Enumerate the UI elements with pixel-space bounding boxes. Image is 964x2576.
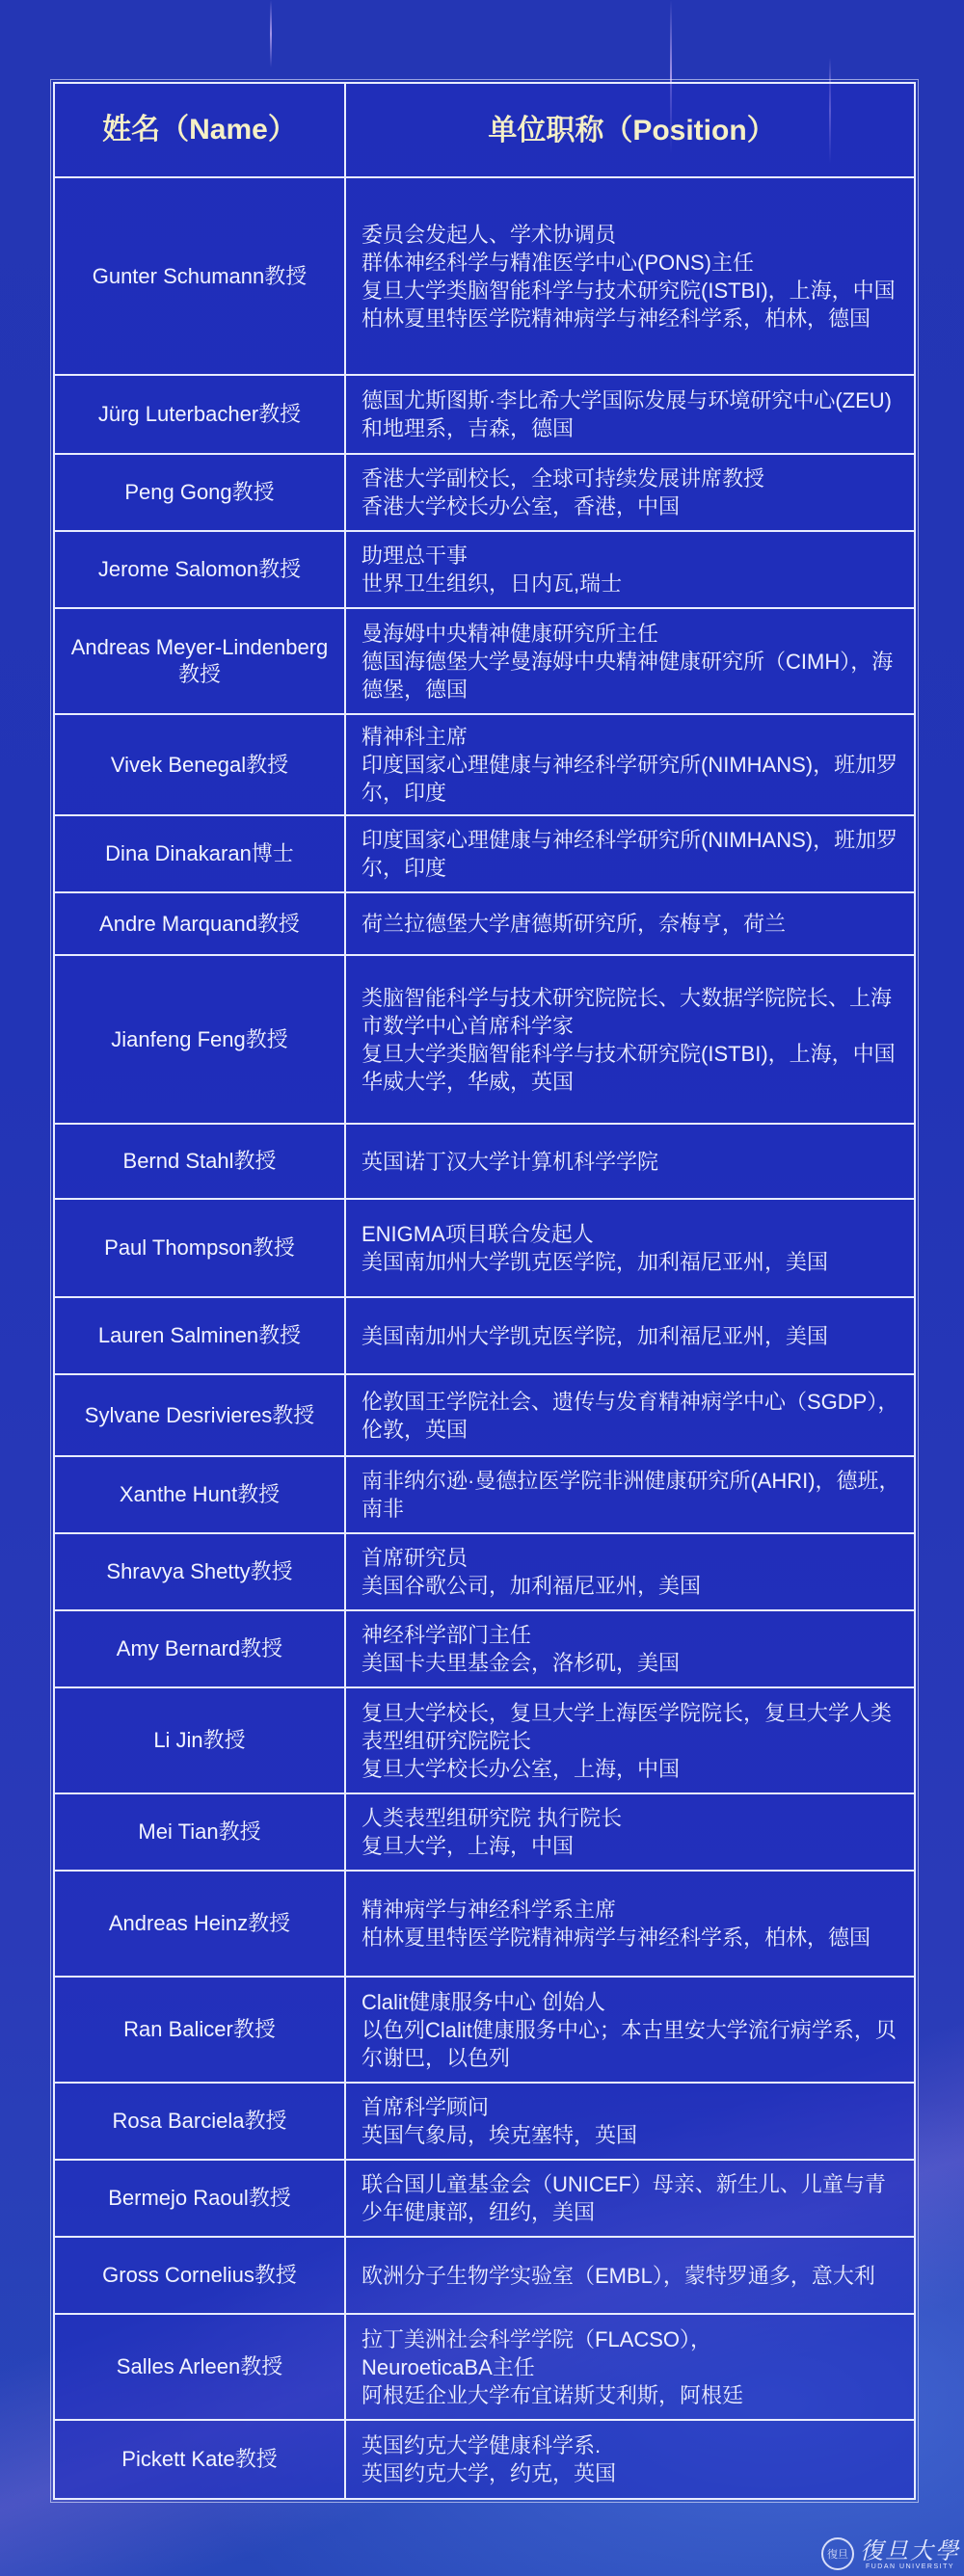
speaker-name: Andre Marquand教授 xyxy=(55,893,346,954)
speaker-name: Jerome Salomon教授 xyxy=(55,532,346,607)
table-row: Pickett Kate教授英国约克大学健康科学系.英国约克大学，约克，英国 xyxy=(55,2421,914,2498)
speaker-position: 精神病学与神经科学系主席柏林夏里特医学院精神病学与神经科学系，柏林，德国 xyxy=(346,1872,914,1976)
decorative-glow-line xyxy=(270,0,272,67)
position-line: 群体神经科学与精准医学中心(PONS)主任 xyxy=(361,249,902,277)
table-row: Shravya Shetty教授首席研究员美国谷歌公司，加利福尼亚州，美国 xyxy=(55,1534,914,1611)
position-line: 世界卫生组织，日内瓦,瑞士 xyxy=(361,570,902,598)
position-line: 首席科学顾问 xyxy=(361,2093,902,2121)
table-row: Jerome Salomon教授助理总干事世界卫生组织，日内瓦,瑞士 xyxy=(55,532,914,609)
logo-text: 復旦大學 FUDAN UNIVERSITY xyxy=(860,2538,960,2570)
position-line: 美国谷歌公司，加利福尼亚州，美国 xyxy=(361,1572,902,1600)
speaker-name: Sylvane Desrivieres教授 xyxy=(55,1375,346,1455)
position-line: 助理总干事 xyxy=(361,542,902,570)
position-line: 阿根廷企业大学布宜诺斯艾利斯，阿根廷 xyxy=(361,2381,902,2409)
table-row: Sylvane Desrivieres教授伦敦国王学院社会、遗传与发育精神病学中… xyxy=(55,1375,914,1457)
speaker-position: 香港大学副校长，全球可持续发展讲席教授香港大学校长办公室，香港，中国 xyxy=(346,455,914,530)
table-row: Vivek Benegal教授精神科主席印度国家心理健康与神经科学研究所(NIM… xyxy=(55,715,914,816)
position-line: 联合国儿童基金会（UNICEF）母亲、新生儿、儿童与青少年健康部，纽约，美国 xyxy=(361,2170,902,2226)
speaker-position: 德国尤斯图斯·李比希大学国际发展与环境研究中心(ZEU)和地理系，吉森，德国 xyxy=(346,376,914,453)
position-line: 复旦大学类脑智能科学与技术研究院(ISTBI)，上海，中国 xyxy=(361,277,902,305)
speaker-name: Amy Bernard教授 xyxy=(55,1611,346,1686)
speaker-name: Li Jin教授 xyxy=(55,1688,346,1793)
table-row: Xanthe Hunt教授南非纳尔逊·曼德拉医学院非洲健康研究所(AHRI)，德… xyxy=(55,1457,914,1534)
speaker-position: ENIGMA项目联合发起人美国南加州大学凯克医学院，加利福尼亚州，美国 xyxy=(346,1200,914,1296)
speaker-name: Shravya Shetty教授 xyxy=(55,1534,346,1609)
speaker-name: Gross Cornelius教授 xyxy=(55,2238,346,2313)
position-line: 印度国家心理健康与神经科学研究所(NIMHANS)，班加罗尔，印度 xyxy=(361,826,902,882)
position-line: 人类表型组研究院 执行院长 xyxy=(361,1804,902,1832)
position-line: 英国约克大学健康科学系. xyxy=(361,2431,902,2459)
position-line: 神经科学部门主任 xyxy=(361,1621,902,1649)
speaker-position: 拉丁美洲社会科学学院（FLACSO），NeuroeticaBA主任阿根廷企业大学… xyxy=(346,2315,914,2419)
speaker-position: 委员会发起人、学术协调员群体神经科学与精准医学中心(PONS)主任复旦大学类脑智… xyxy=(346,178,914,374)
speaker-position: 人类表型组研究院 执行院长复旦大学，上海，中国 xyxy=(346,1794,914,1870)
position-line: 英国诺丁汉大学计算机科学学院 xyxy=(361,1148,902,1176)
table-row: Dina Dinakaran博士印度国家心理健康与神经科学研究所(NIMHANS… xyxy=(55,816,914,893)
table-row: Amy Bernard教授神经科学部门主任美国卡夫里基金会，洛杉矶，美国 xyxy=(55,1611,914,1688)
position-line: 拉丁美洲社会科学学院（FLACSO）， xyxy=(361,2325,902,2353)
speaker-name: Ran Balicer教授 xyxy=(55,1978,346,2082)
position-line: 荷兰拉德堡大学唐德斯研究所，奈梅亨，荷兰 xyxy=(361,910,902,938)
speaker-position: 首席研究员美国谷歌公司，加利福尼亚州，美国 xyxy=(346,1534,914,1609)
speaker-position: 印度国家心理健康与神经科学研究所(NIMHANS)，班加罗尔，印度 xyxy=(346,816,914,891)
speaker-name: Paul Thompson教授 xyxy=(55,1200,346,1296)
speaker-position: 助理总干事世界卫生组织，日内瓦,瑞士 xyxy=(346,532,914,607)
position-line: 南非纳尔逊·曼德拉医学院非洲健康研究所(AHRI)，德班，南非 xyxy=(361,1467,902,1523)
speaker-name: Andreas Meyer-Lindenberg教授 xyxy=(55,609,346,713)
table-row: Gunter Schumann教授委员会发起人、学术协调员群体神经科学与精准医学… xyxy=(55,178,914,376)
speaker-position: 神经科学部门主任美国卡夫里基金会，洛杉矶，美国 xyxy=(346,1611,914,1686)
speaker-position: 复旦大学校长，复旦大学上海医学院院长，复旦大学人类表型组研究院院长复旦大学校长办… xyxy=(346,1688,914,1793)
position-line: 以色列Clalit健康服务中心；本古里安大学流行病学系，贝尔谢巴，以色列 xyxy=(361,2016,902,2072)
table-row: Andre Marquand教授荷兰拉德堡大学唐德斯研究所，奈梅亨，荷兰 xyxy=(55,893,914,956)
position-line: 委员会发起人、学术协调员 xyxy=(361,221,902,249)
logo-name-cn: 復旦大學 xyxy=(860,2538,960,2563)
position-line: 复旦大学校长，复旦大学上海医学院院长，复旦大学人类表型组研究院院长 xyxy=(361,1699,902,1755)
speaker-name: Xanthe Hunt教授 xyxy=(55,1457,346,1532)
table-row: Li Jin教授复旦大学校长，复旦大学上海医学院院长，复旦大学人类表型组研究院院… xyxy=(55,1688,914,1794)
speaker-name: Pickett Kate教授 xyxy=(55,2421,346,2498)
position-line: 伦敦国王学院社会、遗传与发育精神病学中心（SGDP），伦敦，英国 xyxy=(361,1388,902,1444)
speaker-position: 英国约克大学健康科学系.英国约克大学，约克，英国 xyxy=(346,2421,914,2498)
speaker-position: 联合国儿童基金会（UNICEF）母亲、新生儿、儿童与青少年健康部，纽约，美国 xyxy=(346,2161,914,2236)
speaker-position: 荷兰拉德堡大学唐德斯研究所，奈梅亨，荷兰 xyxy=(346,893,914,954)
table-row: Jürg Luterbacher教授德国尤斯图斯·李比希大学国际发展与环境研究中… xyxy=(55,376,914,455)
position-line: 英国约克大学，约克，英国 xyxy=(361,2459,902,2487)
table-row: Andreas Heinz教授精神病学与神经科学系主席柏林夏里特医学院精神病学与… xyxy=(55,1872,914,1978)
speaker-position: 精神科主席印度国家心理健康与神经科学研究所(NIMHANS)，班加罗尔，印度 xyxy=(346,715,914,814)
speaker-name: Dina Dinakaran博士 xyxy=(55,816,346,891)
position-line: 美国南加州大学凯克医学院，加利福尼亚州，美国 xyxy=(361,1248,902,1276)
position-line: ENIGMA项目联合发起人 xyxy=(361,1220,902,1248)
speaker-name: Andreas Heinz教授 xyxy=(55,1872,346,1976)
table-row: Bernd Stahl教授英国诺丁汉大学计算机科学学院 xyxy=(55,1125,914,1200)
table-row: Bermejo Raoul教授联合国儿童基金会（UNICEF）母亲、新生儿、儿童… xyxy=(55,2161,914,2238)
header-position: 单位职称（Position） xyxy=(346,84,914,176)
speaker-position: Clalit健康服务中心 创始人以色列Clalit健康服务中心；本古里安大学流行… xyxy=(346,1978,914,2082)
speaker-name: Jianfeng Feng教授 xyxy=(55,956,346,1123)
table-row: Salles Arleen教授拉丁美洲社会科学学院（FLACSO），Neuroe… xyxy=(55,2315,914,2421)
position-line: 德国尤斯图斯·李比希大学国际发展与环境研究中心(ZEU)和地理系，吉森，德国 xyxy=(361,386,902,442)
speaker-name: Rosa Barciela教授 xyxy=(55,2084,346,2159)
speaker-position: 类脑智能科学与技术研究院院长、大数据学院院长、上海市数学中心首席科学家复旦大学类… xyxy=(346,956,914,1123)
speaker-name: Jürg Luterbacher教授 xyxy=(55,376,346,453)
position-line: 华威大学，华威，英国 xyxy=(361,1068,902,1096)
speaker-position: 首席科学顾问英国气象局，埃克塞特，英国 xyxy=(346,2084,914,2159)
table-row: Gross Cornelius教授欧洲分子生物学实验室（EMBL），蒙特罗通多，… xyxy=(55,2238,914,2315)
speaker-position: 伦敦国王学院社会、遗传与发育精神病学中心（SGDP），伦敦，英国 xyxy=(346,1375,914,1455)
position-line: 曼海姆中央精神健康研究所主任 xyxy=(361,620,902,648)
speaker-name: Bermejo Raoul教授 xyxy=(55,2161,346,2236)
table-row: Jianfeng Feng教授类脑智能科学与技术研究院院长、大数据学院院长、上海… xyxy=(55,956,914,1125)
speaker-position: 南非纳尔逊·曼德拉医学院非洲健康研究所(AHRI)，德班，南非 xyxy=(346,1457,914,1532)
speaker-position: 欧洲分子生物学实验室（EMBL），蒙特罗通多，意大利 xyxy=(346,2238,914,2313)
speakers-table: 姓名（Name） 单位职称（Position） Gunter Schumann教… xyxy=(53,82,916,2500)
position-line: 类脑智能科学与技术研究院院长、大数据学院院长、上海市数学中心首席科学家 xyxy=(361,984,902,1040)
position-line: 美国南加州大学凯克医学院，加利福尼亚州，美国 xyxy=(361,1322,902,1350)
table-row: Andreas Meyer-Lindenberg教授曼海姆中央精神健康研究所主任… xyxy=(55,609,914,715)
position-line: 英国气象局，埃克塞特，英国 xyxy=(361,2121,902,2149)
header-name: 姓名（Name） xyxy=(55,84,346,176)
table-row: Ran Balicer教授Clalit健康服务中心 创始人以色列Clalit健康… xyxy=(55,1978,914,2084)
table-row: Lauren Salminen教授美国南加州大学凯克医学院，加利福尼亚州，美国 xyxy=(55,1298,914,1375)
position-line: 柏林夏里特医学院精神病学与神经科学系，柏林，德国 xyxy=(361,1924,902,1952)
position-line: 德国海德堡大学曼海姆中央精神健康研究所（CIMH），海德堡，德国 xyxy=(361,648,902,704)
speaker-position: 美国南加州大学凯克医学院，加利福尼亚州，美国 xyxy=(346,1298,914,1373)
logo-name-en: FUDAN UNIVERSITY xyxy=(866,2563,954,2570)
speaker-name: Vivek Benegal教授 xyxy=(55,715,346,814)
position-line: 香港大学校长办公室，香港，中国 xyxy=(361,492,902,520)
position-line: 美国卡夫里基金会，洛杉矶，美国 xyxy=(361,1649,902,1677)
position-line: 首席研究员 xyxy=(361,1544,902,1572)
speaker-name: Peng Gong教授 xyxy=(55,455,346,530)
position-line: 印度国家心理健康与神经科学研究所(NIMHANS)，班加罗尔，印度 xyxy=(361,751,902,807)
position-line: NeuroeticaBA主任 xyxy=(361,2353,902,2381)
table-row: Paul Thompson教授ENIGMA项目联合发起人美国南加州大学凯克医学院… xyxy=(55,1200,914,1298)
position-line: 复旦大学，上海，中国 xyxy=(361,1832,902,1860)
table-row: Mei Tian教授人类表型组研究院 执行院长复旦大学，上海，中国 xyxy=(55,1794,914,1872)
position-line: 欧洲分子生物学实验室（EMBL），蒙特罗通多，意大利 xyxy=(361,2262,902,2290)
position-line: 香港大学副校长，全球可持续发展讲席教授 xyxy=(361,465,902,492)
speaker-name: Salles Arleen教授 xyxy=(55,2315,346,2419)
position-line: Clalit健康服务中心 创始人 xyxy=(361,1988,902,2016)
speaker-name: Gunter Schumann教授 xyxy=(55,178,346,374)
speaker-name: Lauren Salminen教授 xyxy=(55,1298,346,1373)
position-line: 复旦大学校长办公室，上海，中国 xyxy=(361,1755,902,1783)
speaker-position: 英国诺丁汉大学计算机科学学院 xyxy=(346,1125,914,1198)
position-line: 柏林夏里特医学院精神病学与神经科学系，柏林，德国 xyxy=(361,305,902,332)
speaker-position: 曼海姆中央精神健康研究所主任德国海德堡大学曼海姆中央精神健康研究所（CIMH），… xyxy=(346,609,914,713)
table-row: Peng Gong教授香港大学副校长，全球可持续发展讲席教授香港大学校长办公室，… xyxy=(55,455,914,532)
position-line: 精神病学与神经科学系主席 xyxy=(361,1896,902,1924)
fudan-university-logo: 復旦 復旦大學 FUDAN UNIVERSITY xyxy=(821,2537,960,2570)
position-line: 精神科主席 xyxy=(361,723,902,751)
speaker-name: Mei Tian教授 xyxy=(55,1794,346,1870)
position-line: 复旦大学类脑智能科学与技术研究院(ISTBI)，上海，中国 xyxy=(361,1040,902,1068)
university-seal-icon: 復旦 xyxy=(821,2537,854,2570)
table-header-row: 姓名（Name） 单位职称（Position） xyxy=(55,84,914,178)
table-row: Rosa Barciela教授首席科学顾问英国气象局，埃克塞特，英国 xyxy=(55,2084,914,2161)
speaker-name: Bernd Stahl教授 xyxy=(55,1125,346,1198)
